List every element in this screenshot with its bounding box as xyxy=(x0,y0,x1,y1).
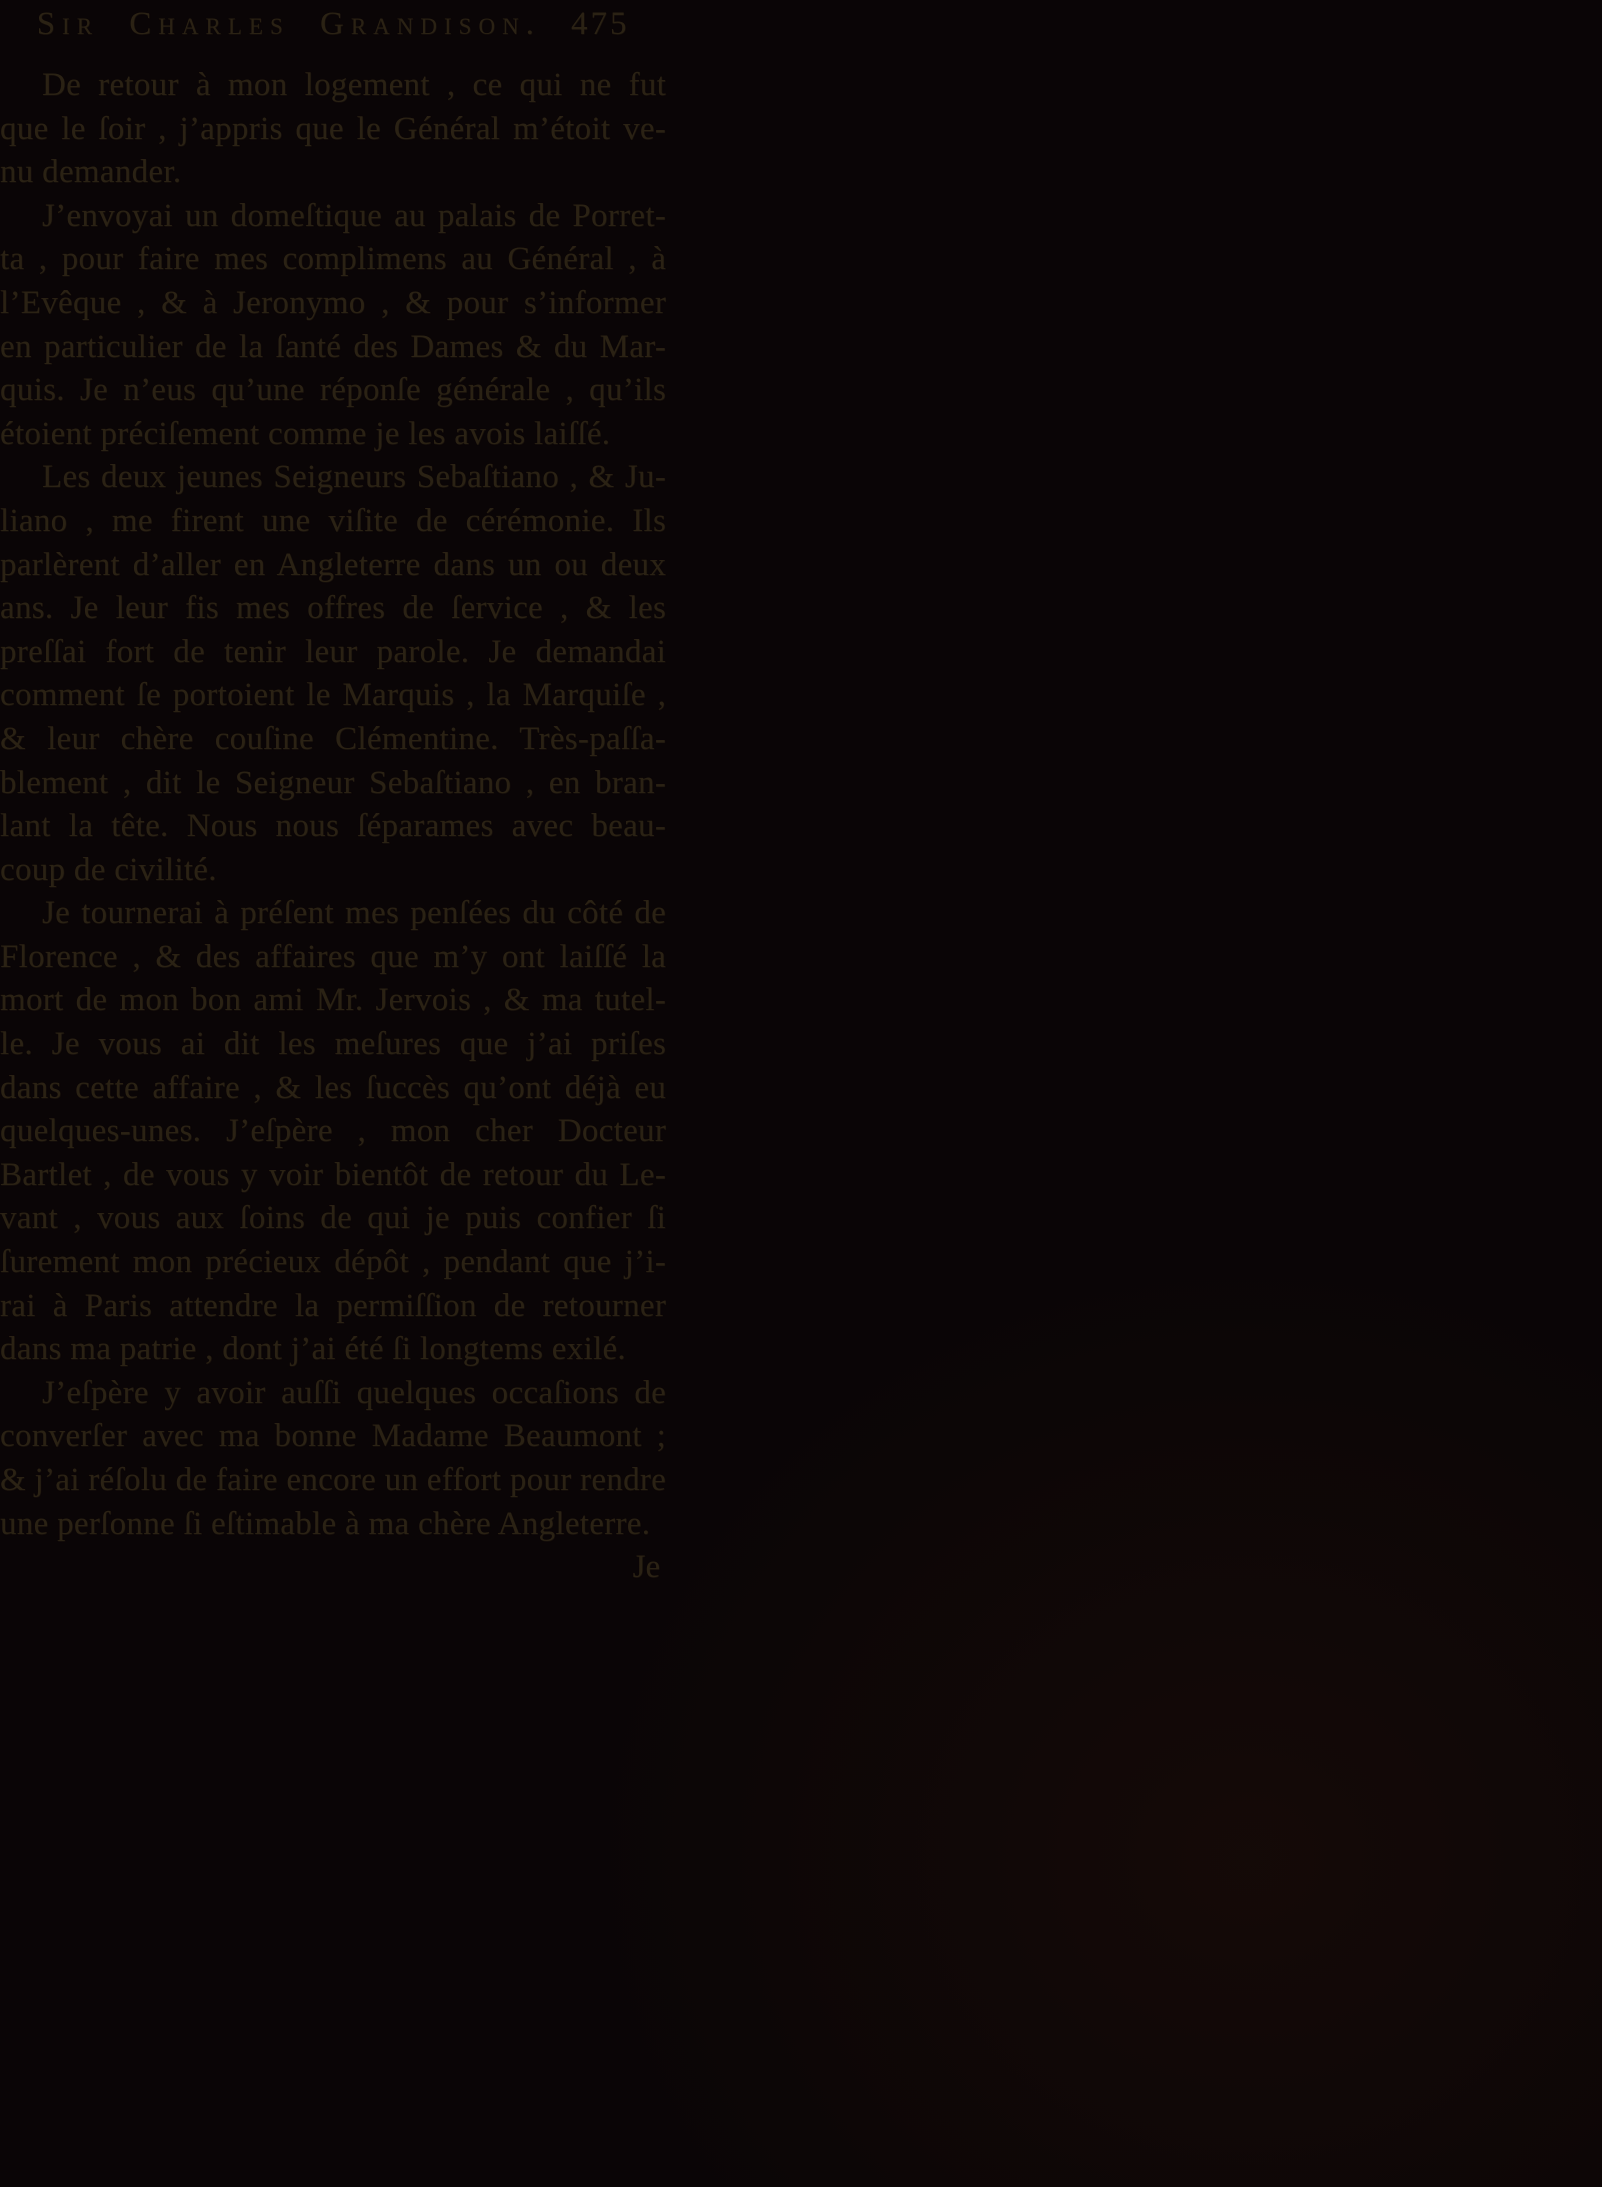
text-line: parlèrent d’aller en Angleterre dans un … xyxy=(0,544,666,588)
book-page-scan: Sir Charles Grandison. 475 De retour à m… xyxy=(0,0,1602,2187)
printed-text: Sir Charles Grandison. 475 De retour à m… xyxy=(0,0,666,1590)
text-line: Les deux jeunes Seigneurs Sebaſtiano , &… xyxy=(0,456,666,500)
paragraph: Je tournerai à préſent mes penſées du cô… xyxy=(0,892,666,1372)
text-line: dans ma patrie , dont j’ai été ſi longte… xyxy=(0,1328,666,1372)
text-line: une perſonne ſi eſtimable à ma chère Ang… xyxy=(0,1503,666,1547)
text-line: Je tournerai à préſent mes penſées du cô… xyxy=(0,892,666,936)
text-line: dans cette affaire , & les ſuccès qu’ont… xyxy=(0,1067,666,1111)
text-line: mort de mon bon ami Mr. Jervois , & ma t… xyxy=(0,979,666,1023)
text-line: le. Je vous ai dit les meſures que j’ai … xyxy=(0,1023,666,1067)
text-line: ans. Je leur fis mes offres de ſervice ,… xyxy=(0,587,666,631)
text-line: lant la tête. Nous nous ſéparames avec b… xyxy=(0,805,666,849)
text-line: ta , pour faire mes complimens au Généra… xyxy=(0,238,666,282)
text-line: J’envoyai un domeſtique au palais de Por… xyxy=(0,195,666,239)
catchword-row: Je xyxy=(0,1546,666,1590)
text-line: en particulier de la ſanté des Dames & d… xyxy=(0,326,666,370)
text-line: blement , dit le Seigneur Sebaſtiano , e… xyxy=(0,762,666,806)
text-line: De retour à mon logement , ce qui ne fut xyxy=(0,64,666,108)
text-line: Bartlet , de vous y voir bientôt de reto… xyxy=(0,1154,666,1198)
text-line: l’Evêque , & à Jeronymo , & pour s’infor… xyxy=(0,282,666,326)
text-line: comment ſe portoient le Marquis , la Mar… xyxy=(0,674,666,718)
paragraph: Les deux jeunes Seigneurs Sebaſtiano , &… xyxy=(0,456,666,892)
text-line: rai à Paris attendre la permiſſion de re… xyxy=(0,1285,666,1329)
page-number: 475 xyxy=(571,0,630,48)
text-line: quis. Je n’eus qu’une réponſe générale ,… xyxy=(0,369,666,413)
text-line: nu demander. xyxy=(0,151,666,195)
text-line: & j’ai réſolu de faire encore un effort … xyxy=(0,1459,666,1503)
text-line: converſer avec ma bonne Madame Beaumont … xyxy=(0,1415,666,1459)
catchword: Je xyxy=(633,1549,661,1585)
body-text: De retour à mon logement , ce qui ne fut… xyxy=(0,64,666,1546)
paragraph: J’envoyai un domeſtique au palais de Por… xyxy=(0,195,666,457)
text-line: coup de civilité. xyxy=(0,849,666,893)
text-line: vant , vous aux ſoins de qui je puis con… xyxy=(0,1197,666,1241)
paragraph: De retour à mon logement , ce qui ne fut… xyxy=(0,64,666,195)
text-line: quelques-unes. J’eſpère , mon cher Docte… xyxy=(0,1110,666,1154)
text-line: étoient préciſement comme je les avois l… xyxy=(0,413,666,457)
running-title: Sir Charles Grandison. xyxy=(37,0,541,48)
running-header: Sir Charles Grandison. 475 xyxy=(0,0,666,48)
paragraph: J’eſpère y avoir auſſi quelques occaſion… xyxy=(0,1372,666,1546)
text-line: ſurement mon précieux dépôt , pendant qu… xyxy=(0,1241,666,1285)
text-line: preſſai fort de tenir leur parole. Je de… xyxy=(0,631,666,675)
text-line: J’eſpère y avoir auſſi quelques occaſion… xyxy=(0,1372,666,1416)
text-line: liano , me firent une viſite de cérémoni… xyxy=(0,500,666,544)
text-line: que le ſoir , j’appris que le Général m’… xyxy=(0,108,666,152)
text-line: & leur chère couſine Clémentine. Très-pa… xyxy=(0,718,666,762)
text-line: Florence , & des affaires que m’y ont la… xyxy=(0,936,666,980)
